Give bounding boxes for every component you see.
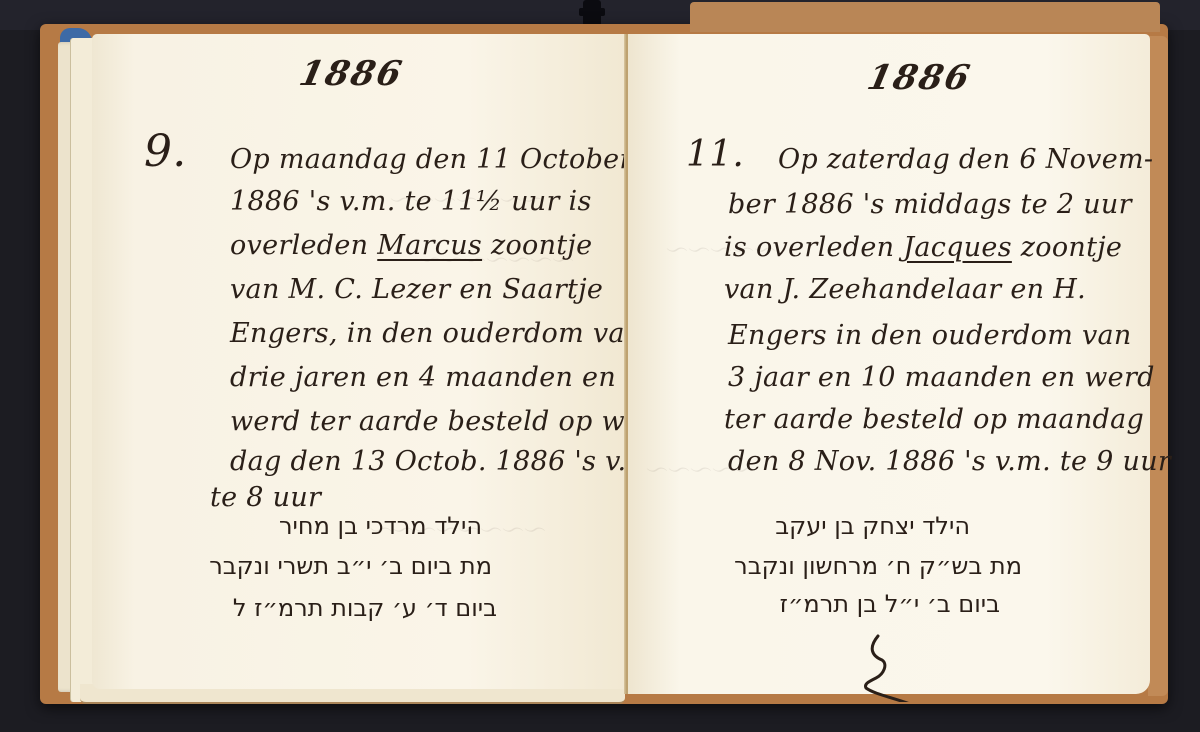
entry-number: 9. — [144, 126, 187, 177]
entry-number: 11. — [686, 134, 744, 175]
page-year: 1886 — [864, 58, 975, 98]
hebrew-line: הילד יצחק בן יעקב — [775, 512, 970, 540]
text-line: ber 1886 's middags te 2 uur — [728, 189, 1132, 220]
hebrew-line: מת בש״ק ח׳ מרחשון ונקבר — [734, 552, 1022, 580]
right-page: ～～～～～ ～～～～～ 1886 11. Op zaterdag den 6 N… — [628, 34, 1150, 694]
text-line: Op zaterdag den 6 Novem- — [778, 144, 1153, 175]
hebrew-line: הילד מרדכי בן מחיר — [279, 512, 482, 540]
text-line: ter aarde besteld op maandag — [724, 404, 1144, 435]
text-line: te 8 uur — [210, 482, 321, 513]
text-line: 1886 's v.m. te 11½ uur is — [230, 186, 592, 217]
page-year: 1886 — [296, 54, 407, 94]
text-line: Engers, in den ouderdom van — [230, 318, 643, 349]
text-line: van J. Zeehandelaar en H. — [724, 274, 1086, 305]
text-line: dag den 13 Octob. 1886 's v.m. — [230, 446, 661, 477]
text-line: overleden Marcus zoontje — [230, 230, 592, 261]
signature-mark — [854, 632, 914, 702]
binder-clip — [583, 0, 601, 26]
hebrew-line: ביום ד׳ ע׳ קבות תרמ״ז ל — [233, 594, 497, 622]
left-page: ～～～～～～～ ～～～～～～～ ～～～～～～～～ 1886 9. Op maan… — [92, 34, 627, 689]
text-line: den 8 Nov. 1886 's v.m. te 9 uur — [728, 446, 1171, 477]
text-line: van M. C. Lezer en Saartje — [230, 274, 603, 305]
hebrew-line: מת ביום ב׳ י״ב תשרי ונקבר — [209, 552, 492, 580]
text-line: Op maandag den 11 October — [230, 144, 633, 175]
hebrew-line: ביום ב׳ י״ל בן תרמ״ז — [780, 590, 1000, 618]
underlined-name: Jacques — [903, 232, 1012, 263]
text-line: Engers in den ouderdom van — [728, 320, 1132, 351]
text-line: 3 jaar en 10 maanden en werd — [728, 362, 1155, 393]
underlined-name: Marcus — [377, 230, 482, 261]
text-line: is overleden Jacques zoontje — [724, 232, 1122, 263]
text-line: drie jaren en 4 maanden en — [230, 362, 616, 393]
cover-top-edge — [690, 2, 1160, 32]
text-line: werd ter aarde besteld op woens — [230, 406, 690, 437]
